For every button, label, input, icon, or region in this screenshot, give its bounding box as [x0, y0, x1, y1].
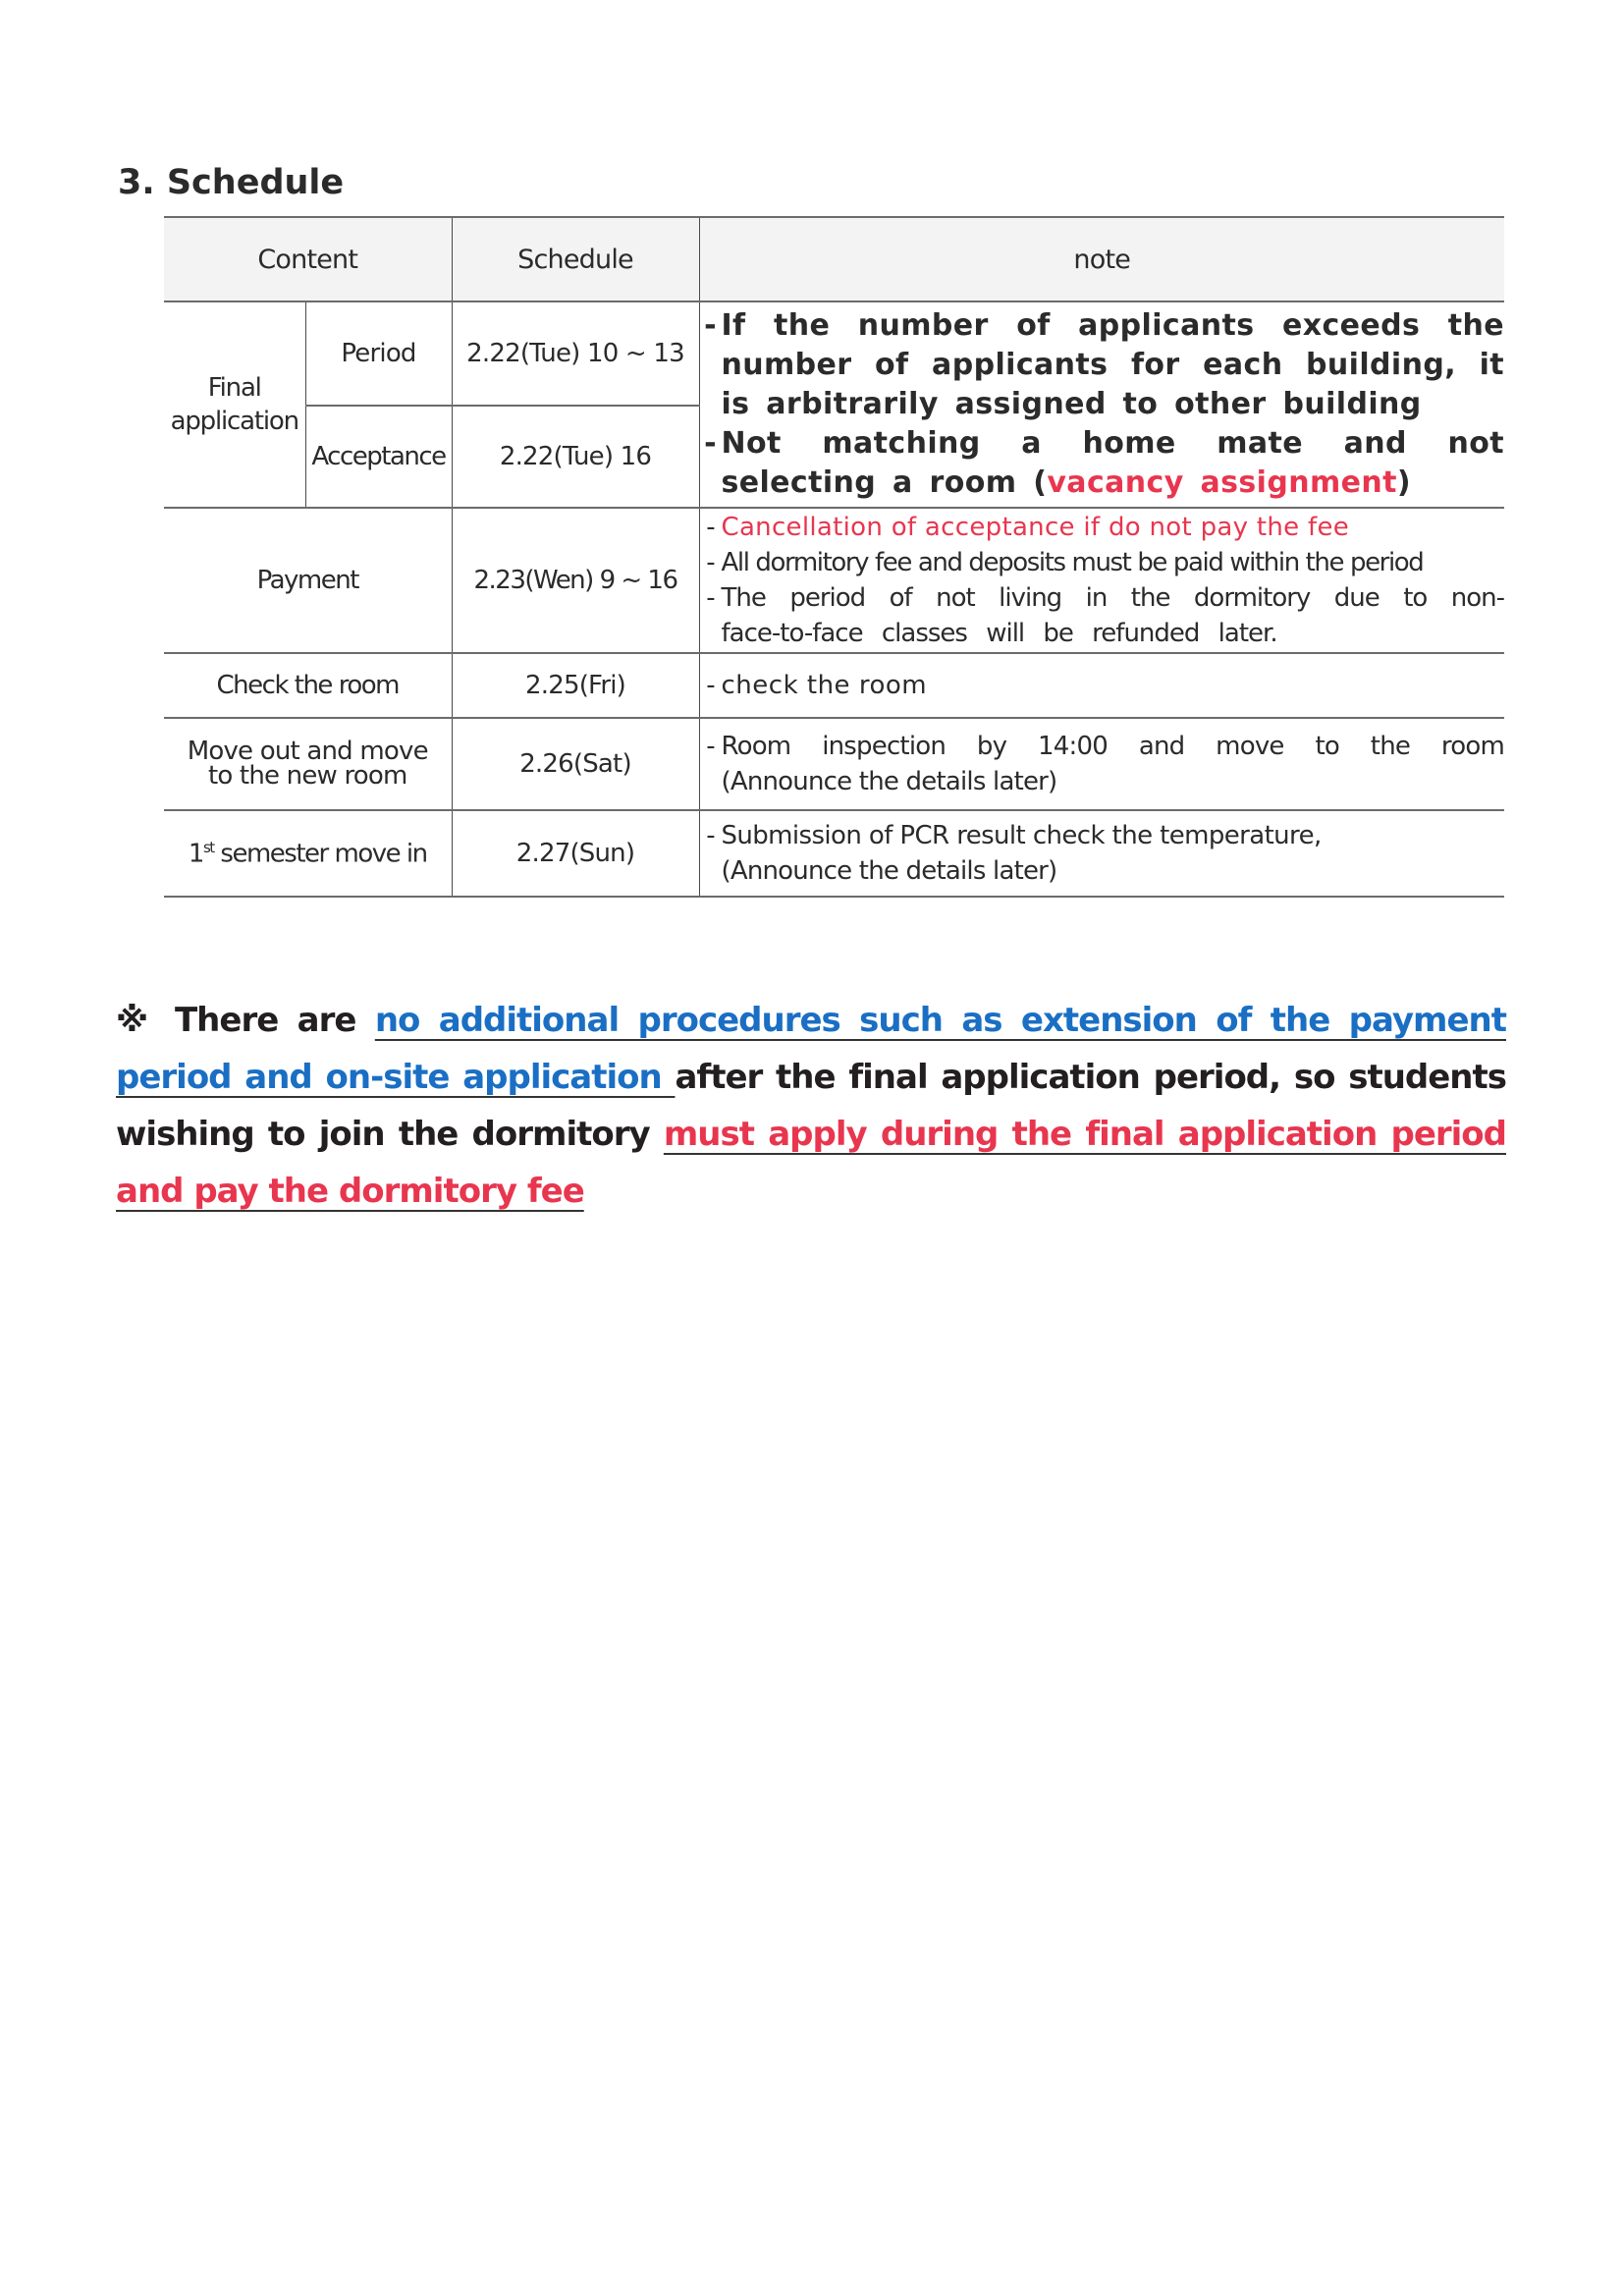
note-item: - If the number of applicants exceeds th…	[700, 306, 1505, 424]
note-item: - All dormitory fee and deposits must be…	[700, 545, 1505, 580]
period-schedule: 2.22(Tue) 10 ~ 13	[452, 301, 699, 406]
table-row: Final application Period 2.22(Tue) 10 ~ …	[164, 301, 1504, 406]
note-item: - Not matching a home mate and not selec…	[700, 424, 1505, 503]
vacancy-assignment-highlight: vacancy assignment	[1047, 465, 1397, 500]
payment-label: Payment	[164, 508, 452, 653]
header-note: note	[699, 217, 1504, 301]
check-room-label: Check the room	[164, 653, 452, 718]
table-row: 1st semester move in 2.27(Sun) - Submiss…	[164, 810, 1504, 897]
move-in-note: - Submission of PCR result check the tem…	[699, 810, 1504, 897]
move-in-label: 1st semester move in	[164, 810, 452, 897]
payment-notes: - Cancellation of acceptance if do not p…	[699, 508, 1504, 653]
acceptance-schedule: 2.22(Tue) 16	[452, 406, 699, 508]
final-application-notes: - If the number of applicants exceeds th…	[699, 301, 1504, 508]
table-header-row: Content Schedule note	[164, 217, 1504, 301]
move-out-label: Move out and move to the new room	[164, 718, 452, 810]
header-schedule: Schedule	[452, 217, 699, 301]
table-row: Payment 2.23(Wen) 9 ~ 16 - Cancellation …	[164, 508, 1504, 653]
acceptance-label: Acceptance	[305, 406, 452, 508]
table-row: Move out and move to the new room 2.26(S…	[164, 718, 1504, 810]
reference-mark-icon: ※	[116, 1001, 156, 1040]
period-label: Period	[305, 301, 452, 406]
note-item: - The period of not living in the dormit…	[700, 580, 1505, 651]
check-room-schedule: 2.25(Fri)	[452, 653, 699, 718]
check-room-note: - check the room	[699, 653, 1504, 718]
note-item: - Cancellation of acceptance if do not p…	[700, 510, 1505, 545]
move-in-schedule: 2.27(Sun)	[452, 810, 699, 897]
schedule-table: Content Schedule note Final application …	[164, 216, 1504, 898]
final-application-label: Final application	[164, 301, 305, 508]
header-content: Content	[164, 217, 452, 301]
move-out-schedule: 2.26(Sat)	[452, 718, 699, 810]
footnote-notice: ※ There are no additional procedures suc…	[116, 992, 1506, 1220]
table-row: Check the room 2.25(Fri) - check the roo…	[164, 653, 1504, 718]
section-title: 3. Schedule	[118, 163, 344, 202]
payment-schedule: 2.23(Wen) 9 ~ 16	[452, 508, 699, 653]
move-out-note: - Room inspection by 14:00 and move to t…	[699, 718, 1504, 810]
